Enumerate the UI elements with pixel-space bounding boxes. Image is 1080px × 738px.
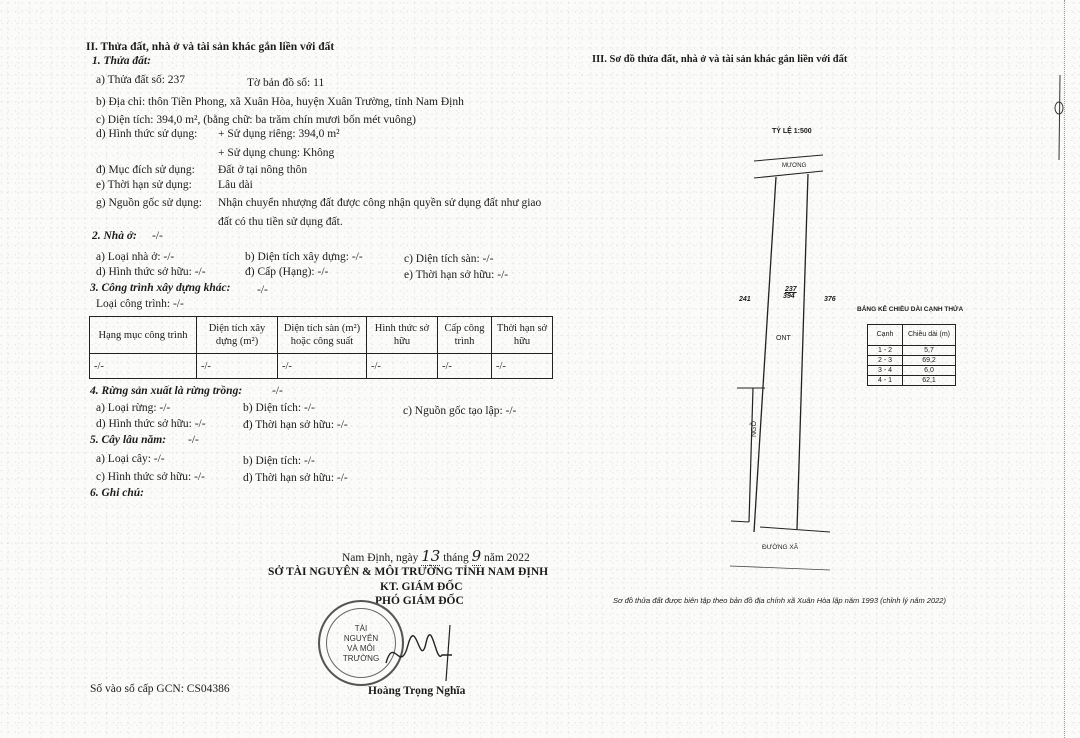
left-neighbor-parcel: 241 [739,296,751,303]
alley-label: NGÕ [751,421,758,437]
edge-col-header: Cạnh [868,325,903,346]
edge-id: 1 - 2 [868,346,903,356]
table-row: 4 - 1 62,1 [868,376,956,386]
edge-length: 6,0 [903,366,956,376]
table-row: 2 - 3 69,2 [868,356,956,366]
edge-length: 5,7 [903,346,956,356]
edge-id: 4 - 1 [868,376,903,386]
diagram-caption: Sơ đồ thửa đất được biên tập theo bản đồ… [613,596,946,605]
road-label: ĐƯỜNG XÃ [762,544,798,551]
edge-length: 62,1 [903,376,956,386]
edge-table-title: BẢNG KÊ CHIỀU DÀI CẠNH THỬA [857,306,963,313]
edge-length-table: Cạnh Chiều dài (m) 1 - 2 5,7 2 - 3 69,2 … [867,324,956,386]
parcel-number-label: 237 [785,286,797,293]
canal-label: MƯƠNG [782,163,806,169]
edge-col-header: Chiều dài (m) [903,325,956,346]
table-row: 3 - 4 6,0 [868,366,956,376]
scale-label: TỶ LỆ 1:500 [772,128,812,135]
edge-length: 69,2 [903,356,956,366]
land-use-code: ONT [776,335,791,342]
table-row: 1 - 2 5,7 [868,346,956,356]
edge-id: 2 - 3 [868,356,903,366]
right-neighbor-parcel: 376 [824,296,836,303]
parcel-area-label: 394 [783,293,795,300]
edge-id: 3 - 4 [868,366,903,376]
